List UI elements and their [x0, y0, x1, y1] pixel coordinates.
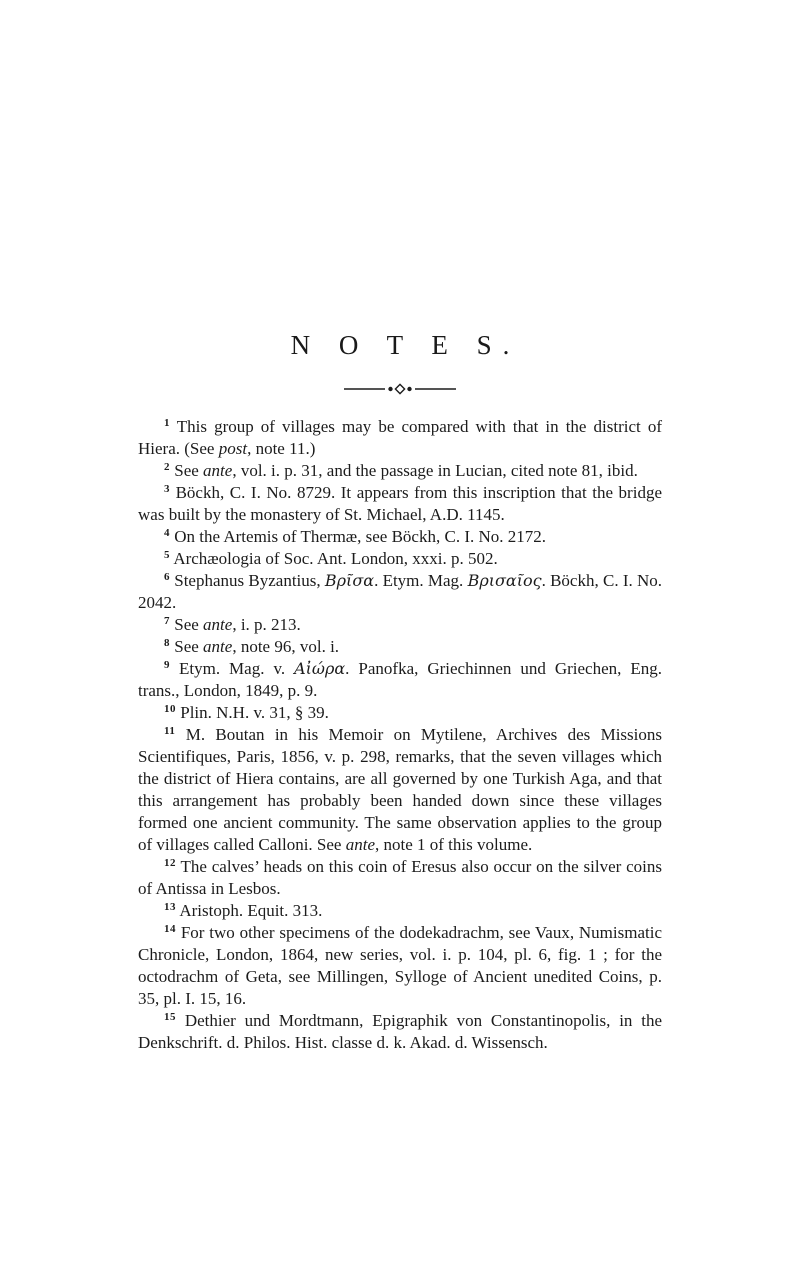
- greek-term: Βρισαῖος: [468, 571, 542, 590]
- note-6: 6 Stephanus Byzantius, Βρῖσα. Etym. Mag.…: [138, 570, 662, 614]
- note-number: 5: [164, 549, 170, 561]
- note-number: 4: [164, 527, 170, 539]
- note-number: 15: [164, 1011, 176, 1023]
- note-12: 12 The calves’ heads on this coin of Ere…: [138, 856, 662, 900]
- note-7: 7 See ante, i. p. 213.: [138, 614, 662, 636]
- note-number: 2: [164, 461, 170, 473]
- note-number: 11: [164, 725, 175, 737]
- note-3: 3 Böckh, C. I. No. 8729. It appears from…: [138, 482, 662, 526]
- note-14: 14 For two other specimens of the dodeka…: [138, 922, 662, 1010]
- note-number: 3: [164, 483, 170, 495]
- note-number: 12: [164, 857, 176, 869]
- greek-term: Αἰώρα: [294, 659, 345, 678]
- page-title: N O T E S.: [138, 330, 662, 360]
- note-9: 9 Etym. Mag. v. Αἰώρα. Panofka, Griechin…: [138, 658, 662, 702]
- note-8: 8 See ante, note 96, vol. i.: [138, 636, 662, 658]
- note-2: 2 See ante, vol. i. p. 31, and the passa…: [138, 460, 662, 482]
- italic-term: post: [219, 439, 247, 458]
- note-1: 1 This group of villages may be compared…: [138, 416, 662, 460]
- note-number: 10: [164, 703, 176, 715]
- note-number: 8: [164, 637, 170, 649]
- divider-ornament-icon: [344, 382, 456, 396]
- note-number: 14: [164, 923, 176, 935]
- note-5: 5 Archæologia of Soc. Ant. London, xxxi.…: [138, 548, 662, 570]
- note-number: 7: [164, 615, 170, 627]
- note-4: 4 On the Artemis of Thermæ, see Böckh, C…: [138, 526, 662, 548]
- book-page: N O T E S. 1 This group of villages may …: [138, 330, 662, 1054]
- note-number: 13: [164, 901, 176, 913]
- note-13: 13 Aristoph. Equit. 313.: [138, 900, 662, 922]
- note-number: 1: [164, 417, 170, 429]
- greek-term: Βρῖσα: [325, 571, 374, 590]
- italic-term: ante: [203, 615, 232, 634]
- note-15: 15 Dethier und Mordtmann, Epigraphik von…: [138, 1010, 662, 1054]
- note-number: 6: [164, 571, 170, 583]
- italic-term: ante: [203, 461, 232, 480]
- note-10: 10 Plin. N.H. v. 31, § 39.: [138, 702, 662, 724]
- italic-term: ante: [203, 637, 232, 656]
- note-11: 11 M. Boutan in his Memoir on Mytilene, …: [138, 724, 662, 856]
- note-number: 9: [164, 659, 170, 671]
- notes-section: 1 This group of villages may be compared…: [138, 416, 662, 1054]
- italic-term: ante: [346, 835, 375, 854]
